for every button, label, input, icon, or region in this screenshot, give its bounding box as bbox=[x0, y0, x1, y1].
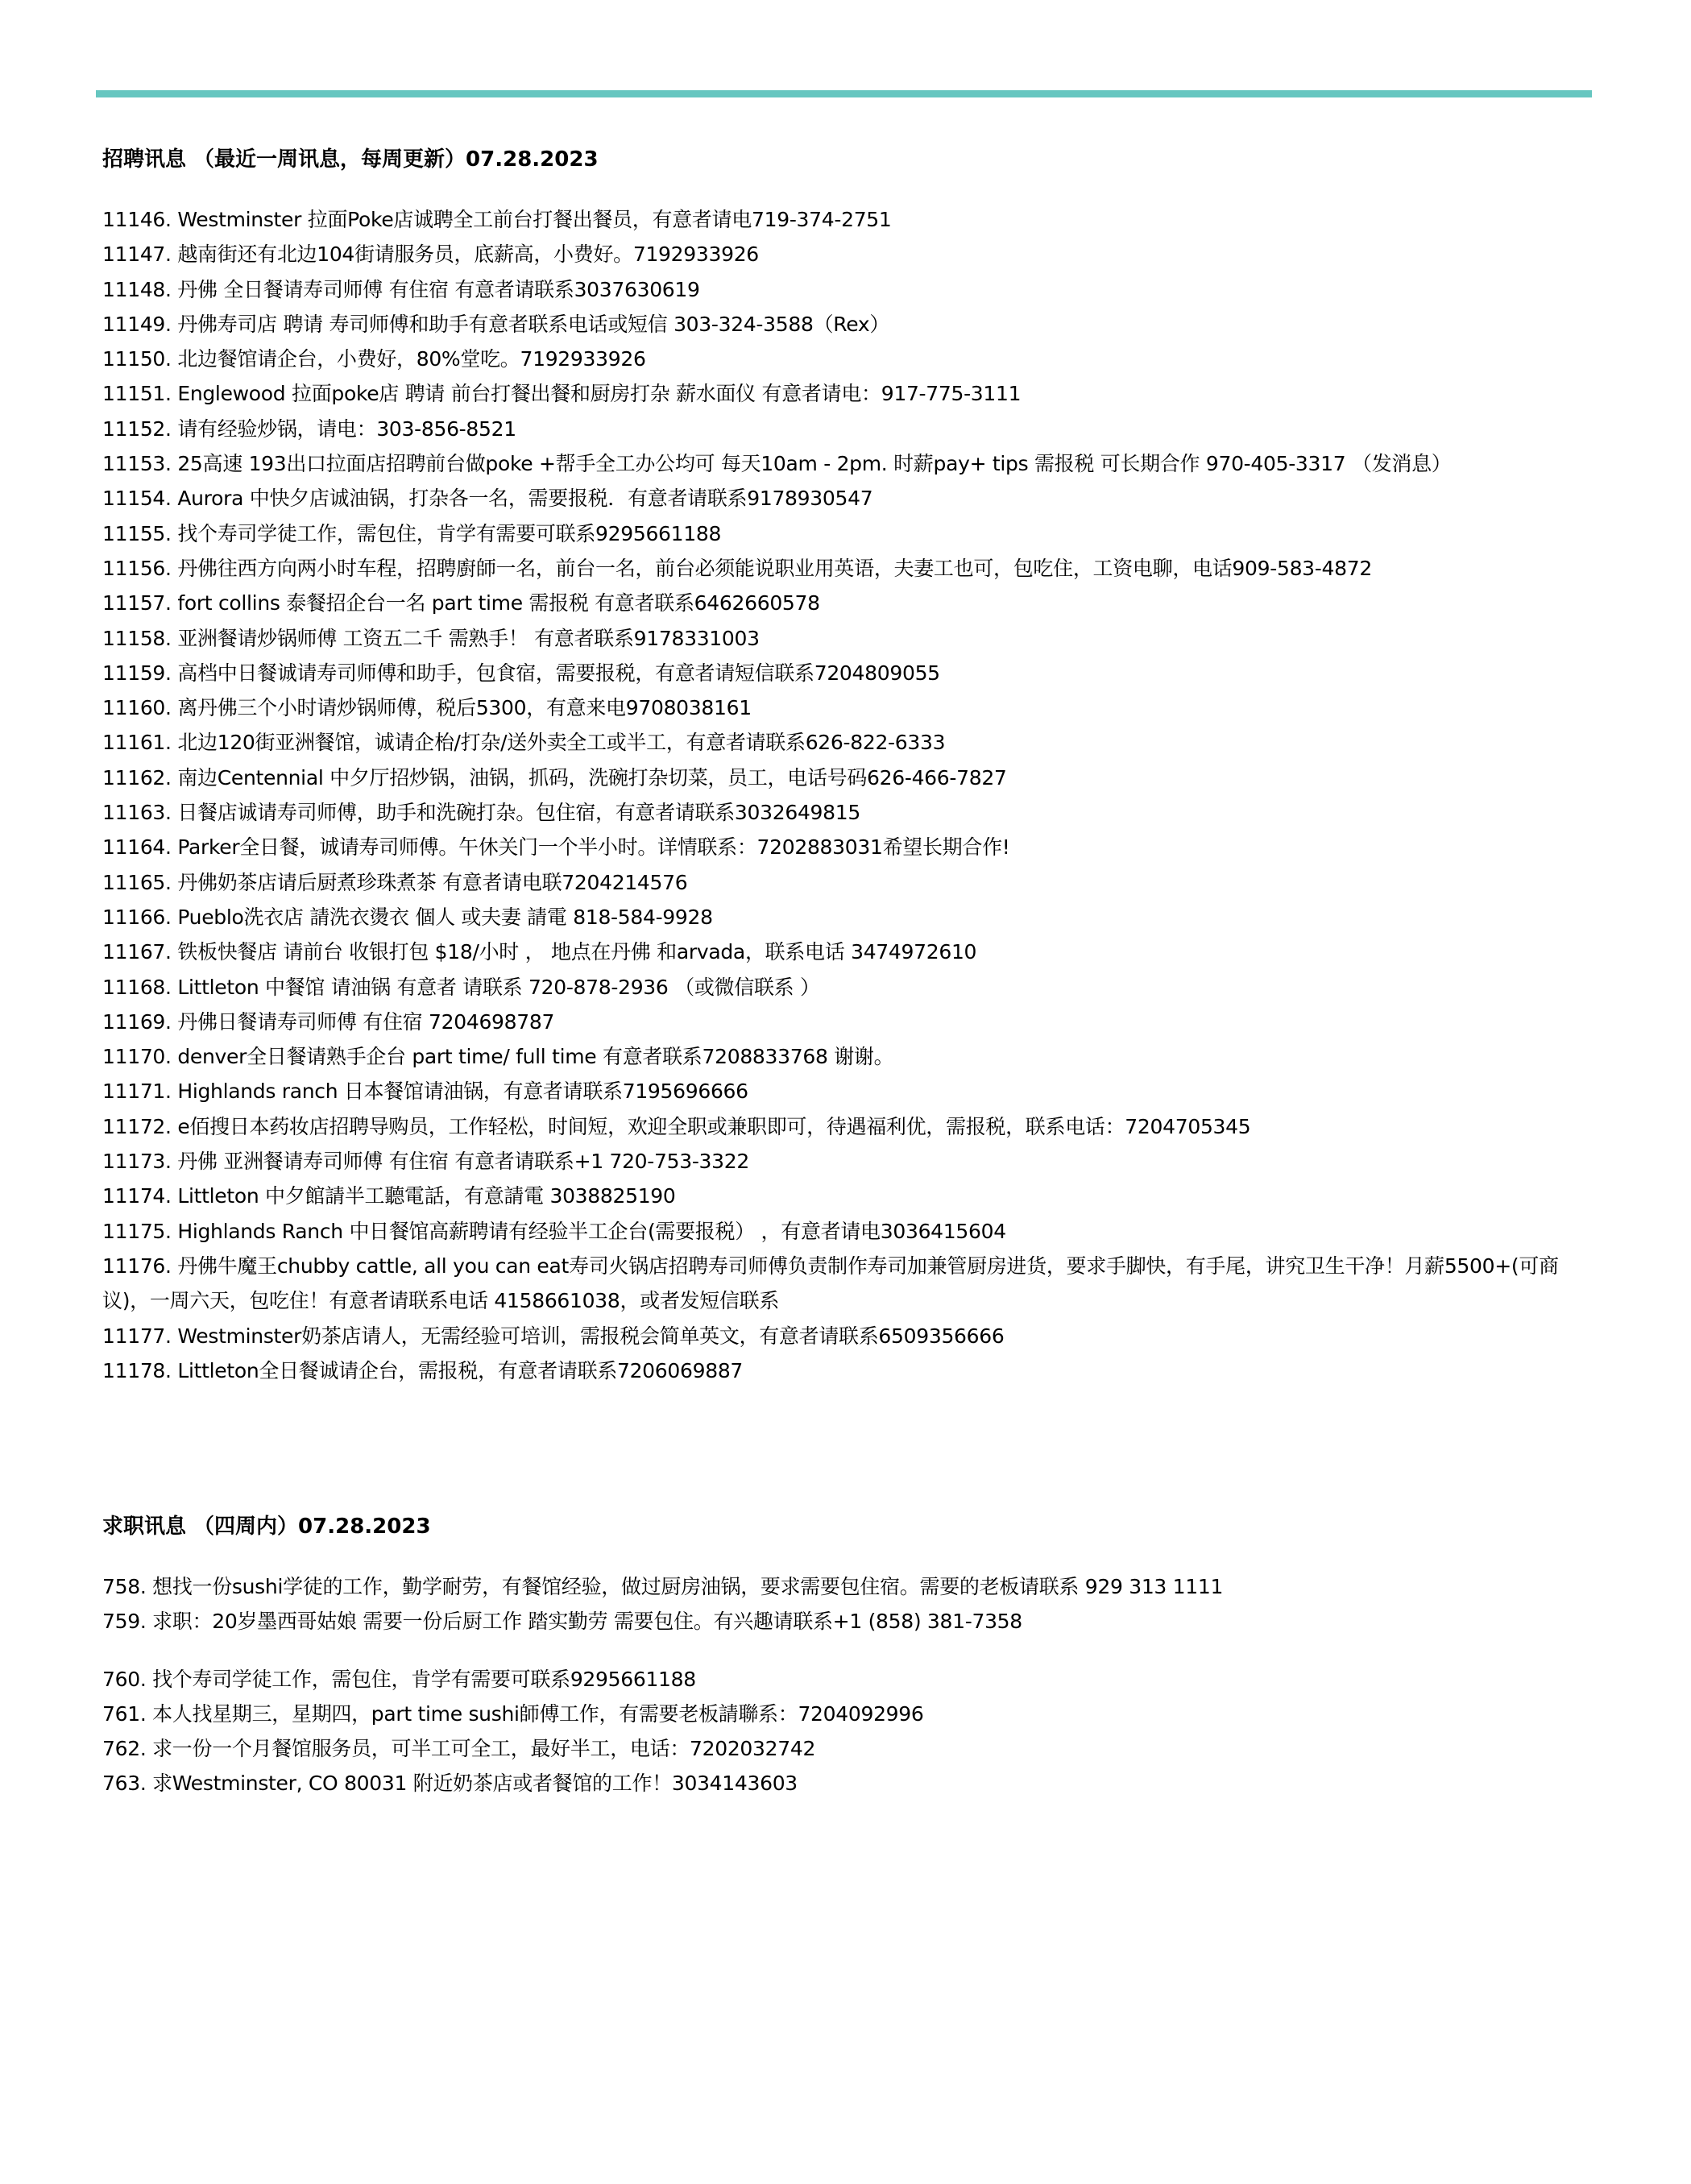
hiring-list-item: 11154. Aurora 中快夕店诚油锅，打杂各一名，需要报税．有意者请联系9… bbox=[102, 481, 1585, 516]
hiring-list-item: 11157. fort collins 泰餐招企台一名 part time 需报… bbox=[102, 586, 1585, 620]
hiring-list-item: 11162. 南边Centennial 中夕厅招炒锅，油锅，抓码，洗碗打杂切菜，… bbox=[102, 760, 1585, 795]
hiring-section: 招聘讯息 （最近一周讯息，每周更新）07.28.2023 11146. West… bbox=[102, 147, 1585, 1388]
hiring-list-item: 11168. Littleton 中餐馆 请油锅 有意者 请联系 720-878… bbox=[102, 970, 1585, 1005]
hiring-list-item: 11158. 亚洲餐请炒锅师傅 工资五二千 需熟手！ 有意者联系91783310… bbox=[102, 621, 1585, 656]
hiring-list-item: 11167. 铁板快餐店 请前台 收银打包 $18/小时 ， 地点在丹佛 和ar… bbox=[102, 935, 1585, 969]
hiring-list-item: 11151. Englewood 拉面poke店 聘请 前台打餐出餐和厨房打杂 … bbox=[102, 376, 1585, 411]
hiring-list-item: 11172. e佰搜日本药妆店招聘导购员，工作轻松，时间短，欢迎全职或兼职即可，… bbox=[102, 1109, 1585, 1144]
hiring-list-item: 11165. 丹佛奶茶店请后厨煮珍珠煮茶 有意者请电联7204214576 bbox=[102, 865, 1585, 900]
job-seeking-list-item: 761. 本人找星期三，星期四，part time sushi師傅工作，有需要老… bbox=[102, 1697, 1585, 1731]
job-seeking-list-item: 758. 想找一份sushi学徒的工作，勤学耐劳，有餐馆经验，做过厨房油锅，要求… bbox=[102, 1569, 1585, 1604]
hiring-list-item: 11161. 北边120街亚洲餐馆，诚请企枱/打杂/送外卖全工或半工，有意者请联… bbox=[102, 725, 1585, 760]
hiring-list-item: 11155. 找个寿司学徒工作，需包住，肯学有需要可联系9295661188 bbox=[102, 516, 1585, 551]
hiring-list-item: 11176. 丹佛牛魔王chubby cattle, all you can e… bbox=[102, 1249, 1585, 1319]
hiring-list-item: 11173. 丹佛 亚洲餐请寿司师傅 有住宿 有意者请联系+1 720-753-… bbox=[102, 1144, 1585, 1179]
hiring-list-item: 11175. Highlands Ranch 中日餐馆高薪聘请有经验半工企台(需… bbox=[102, 1214, 1585, 1249]
job-seeking-section-title: 求职讯息 （四周内）07.28.2023 bbox=[102, 1515, 1585, 1539]
hiring-list-item: 11171. Highlands ranch 日本餐馆请油锅，有意者请联系719… bbox=[102, 1074, 1585, 1109]
hiring-list-item: 11153. 25高速 193出口拉面店招聘前台做poke +帮手全工办公均可 … bbox=[102, 446, 1585, 481]
hiring-list-item: 11177. Westminster奶茶店请人，无需经验可培训，需报税会简单英文… bbox=[102, 1319, 1585, 1353]
hiring-section-title: 招聘讯息 （最近一周讯息，每周更新）07.28.2023 bbox=[102, 147, 1585, 172]
hiring-list-item: 11147. 越南街还有北边104街请服务员，底薪高，小费好。719293392… bbox=[102, 237, 1585, 271]
paragraph-gap bbox=[102, 1639, 1585, 1662]
job-seeking-list: 758. 想找一份sushi学徒的工作，勤学耐劳，有餐馆经验，做过厨房油锅，要求… bbox=[102, 1569, 1585, 1801]
hiring-list-item: 11149. 丹佛寿司店 聘请 寿司师傅和助手有意者联系电话或短信 303-32… bbox=[102, 307, 1585, 342]
job-seeking-list-item: 759. 求职：20岁墨西哥姑娘 需要一份后厨工作 踏实勤劳 需要包住。有兴趣请… bbox=[102, 1604, 1585, 1639]
job-seeking-list-item: 763. 求Westminster, CO 80031 附近奶茶店或者餐馆的工作… bbox=[102, 1766, 1585, 1801]
hiring-list-item: 11152. 请有经验炒锅，请电：303-856-8521 bbox=[102, 412, 1585, 446]
hiring-list-item: 11150. 北边餐馆请企台，小费好，80%堂吃。7192933926 bbox=[102, 342, 1585, 376]
hiring-list-item: 11178. Littleton全日餐诚请企台，需报税，有意者请联系720606… bbox=[102, 1353, 1585, 1388]
hiring-list-item: 11166. Pueblo洗衣店 請洗衣燙衣 個人 或夫妻 請電 818-584… bbox=[102, 900, 1585, 935]
job-seeking-list-item: 760. 找个寿司学徒工作，需包住，肯学有需要可联系9295661188 bbox=[102, 1662, 1585, 1697]
hiring-list-item: 11159. 高档中日餐诚请寿司师傅和助手，包食宿，需要报税，有意者请短信联系7… bbox=[102, 656, 1585, 690]
hiring-list-item: 11164. Parker全日餐，诚请寿司师傅。午休关门一个半小时。详情联系：7… bbox=[102, 830, 1585, 864]
hiring-list-item: 11163. 日餐店诚请寿司师傅，助手和洗碗打杂。包住宿，有意者请联系30326… bbox=[102, 795, 1585, 830]
job-seeking-list-item: 762. 求一份一个月餐馆服务员，可半工可全工，最好半工，电话：72020327… bbox=[102, 1731, 1585, 1766]
top-divider-rule bbox=[96, 90, 1592, 97]
hiring-list-item: 11160. 离丹佛三个小时请炒锅师傅，税后5300，有意来电970803816… bbox=[102, 690, 1585, 725]
hiring-list-item: 11169. 丹佛日餐请寿司师傅 有住宿 7204698787 bbox=[102, 1005, 1585, 1039]
hiring-list: 11146. Westminster 拉面Poke店诚聘全工前台打餐出餐员，有意… bbox=[102, 202, 1585, 1388]
hiring-list-item: 11174. Littleton 中夕館請半工聽電話，有意請電 30388251… bbox=[102, 1179, 1585, 1213]
job-seeking-section: 求职讯息 （四周内）07.28.2023 758. 想找一份sushi学徒的工作… bbox=[102, 1515, 1585, 1801]
hiring-list-item: 11170. denver全日餐请熟手企台 part time/ full ti… bbox=[102, 1039, 1585, 1074]
hiring-list-item: 11156. 丹佛往西方向两小时车程，招聘廚師一名，前台一名，前台必须能说职业用… bbox=[102, 551, 1585, 586]
hiring-list-item: 11146. Westminster 拉面Poke店诚聘全工前台打餐出餐员，有意… bbox=[102, 202, 1585, 237]
hiring-list-item: 11148. 丹佛 全日餐请寿司师傅 有住宿 有意者请联系3037630619 bbox=[102, 272, 1585, 307]
